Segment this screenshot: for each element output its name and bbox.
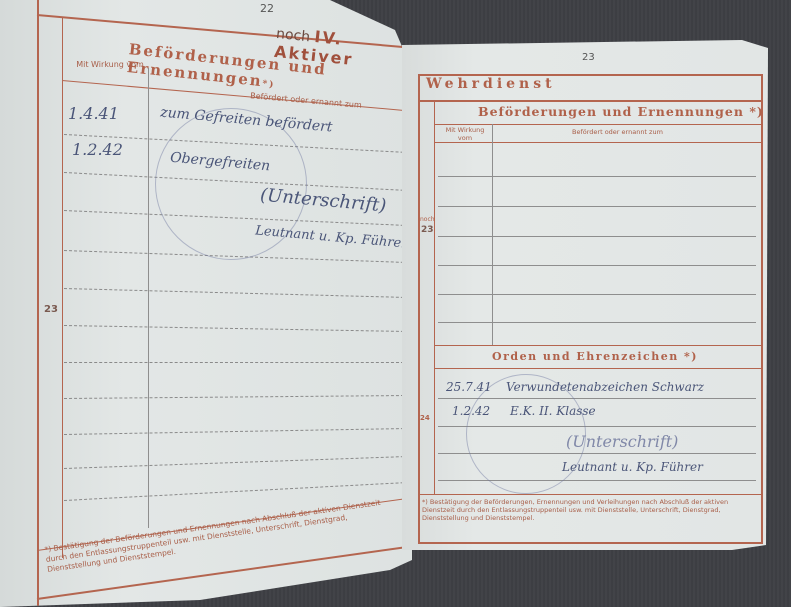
outer-border-right [761,74,763,544]
outer-border-left [37,0,39,607]
orders-title: Orden und Ehrenzeichen *) [492,350,698,363]
section-header: Wehrdienst [426,76,556,92]
footnote-divider [418,494,763,495]
orders-date-1: 25.7.41 [446,380,492,394]
col-date-header: Mit Wirkung vom [70,60,150,69]
footnote: *) Bestätigung der Beförderungen und Ern… [44,496,395,574]
signature-title: Leutnant u. Kp. Führer [255,223,408,251]
signature-title: Leutnant u. Kp. Führer [562,460,703,474]
outer-border-left [418,74,420,544]
orders-section-divider [435,345,761,346]
inner-border-left [62,18,63,558]
orders-date-2: 1.2.42 [452,404,490,418]
col-rank-header: Befördert oder ernannt zum [572,128,663,136]
entry-date-2: 1.2.42 [72,140,123,159]
orders-text-2: E.K. II. Klasse [510,404,596,418]
page-number: 22 [260,2,274,15]
right-page: 23 Wehrdienst Beförderungen und Ernennun… [402,40,768,550]
outer-border-bottom [418,542,763,544]
margin-number-23: 23 [421,225,434,235]
title-divider [435,124,761,125]
page-number: 23 [582,52,595,63]
footnote: *) Bestätigung der Beförderungen, Ernenn… [422,498,758,522]
entry-date-1: 1.4.41 [68,104,119,123]
header-divider [418,100,763,102]
column-header-divider [435,142,761,143]
signature: (Unterschrift) [566,432,678,451]
inner-border-left [434,100,435,494]
margin-number-24: 24 [420,414,430,422]
margin-label-noch: noch [420,216,435,223]
column-divider [148,68,149,528]
orders-text-1: Verwundetenabzeichen Schwarz [506,380,704,394]
orders-title-divider [435,368,761,369]
table-title: Beförderungen und Ernennungen *) [478,104,764,119]
column-divider [492,124,493,346]
col-date-header: Mit Wirkung vom [438,126,492,142]
left-page: 22 noch IV. Aktiver Beförderungen und Er… [0,0,412,607]
margin-number: 23 [44,304,58,315]
